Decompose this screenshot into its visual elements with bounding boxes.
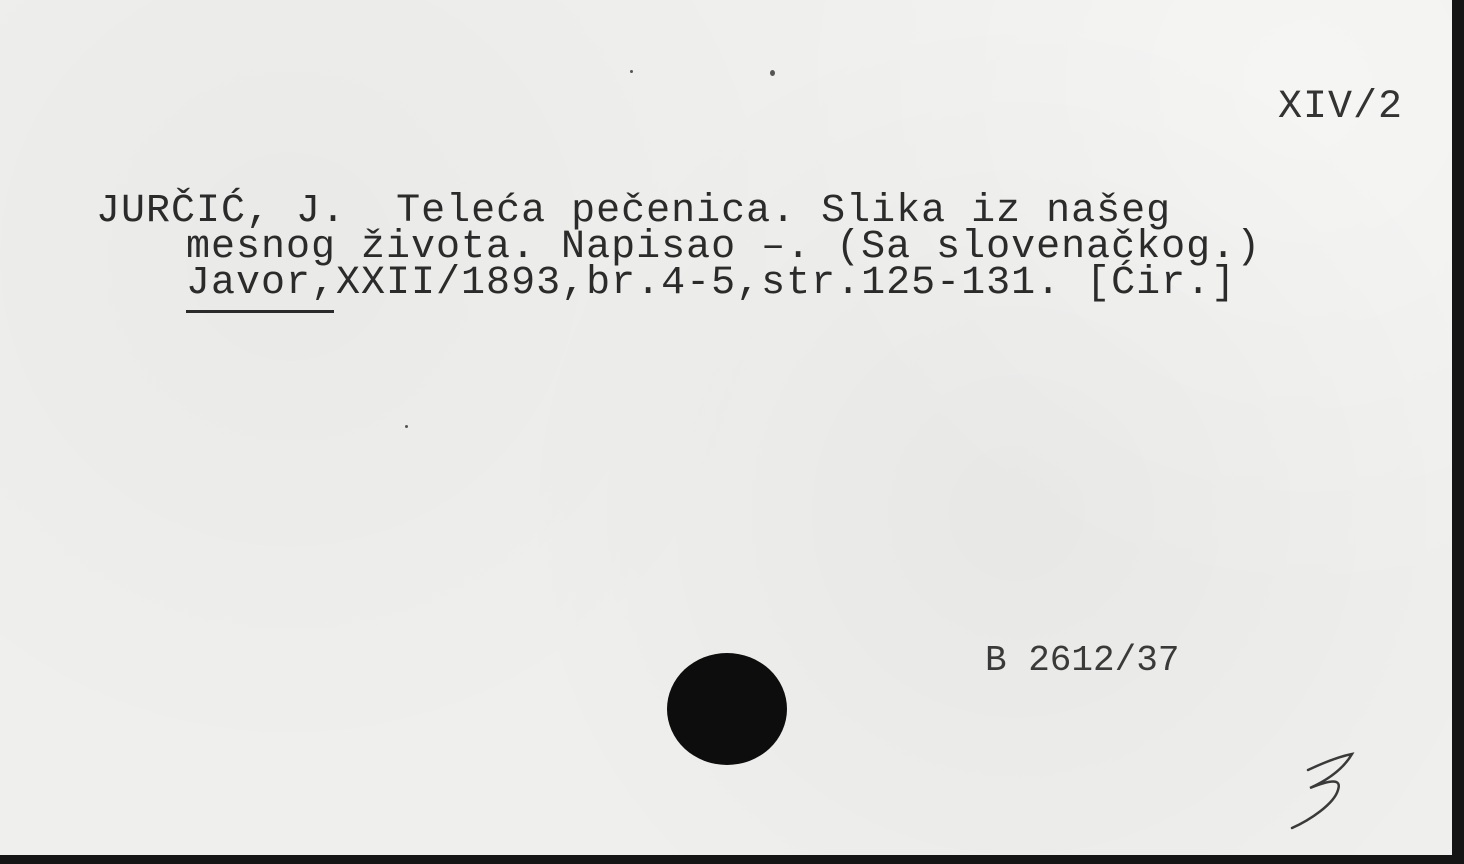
punch-hole [667, 653, 787, 765]
paper-speck [405, 425, 408, 428]
handwritten-number-3 [1290, 748, 1370, 838]
card-right-edge [1452, 0, 1464, 864]
entry-line-3: Javor,XXII/1893,br.4-5,str.125-131. [Ćir… [186, 264, 1236, 304]
paper-speck [630, 70, 633, 73]
catalog-card: XIV/2 JURČIĆ, J. Teleća pečenica. Slika … [0, 0, 1452, 855]
source-details: ,XXII/1893,br.4-5,str.125-131. [Ćir.] [311, 261, 1236, 306]
paper-speck [770, 70, 775, 76]
source-title-underline [186, 310, 334, 313]
source-title: Javor [186, 261, 311, 306]
card-bottom-edge [0, 855, 1464, 864]
shelf-mark: B 2612/37 [985, 640, 1179, 681]
call-number: XIV/2 [1278, 88, 1403, 128]
